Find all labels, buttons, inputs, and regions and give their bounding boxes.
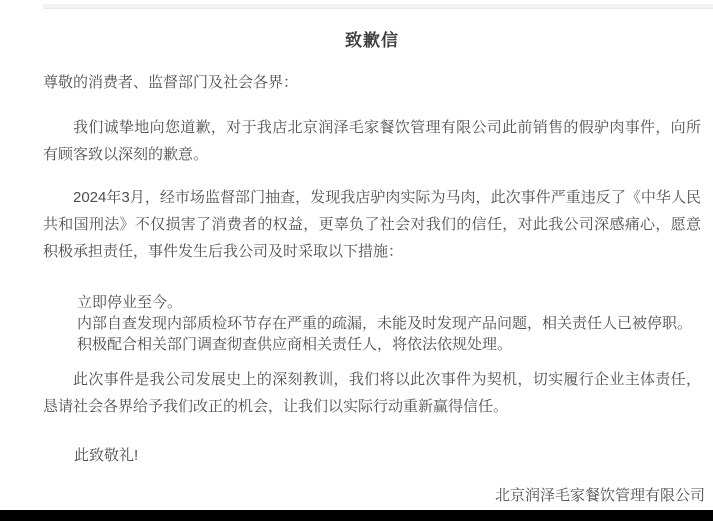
measure-item-self-inspection: 内部自查发现内部质检环节存在严重的疏漏，未能及时发现产品问题，相关责任人已被停职… <box>43 313 701 334</box>
bottom-black-bar <box>0 510 713 521</box>
letter-title: 致歉信 <box>43 26 701 51</box>
company-signature: 北京润泽毛家餐饮管理有限公司 <box>43 482 705 509</box>
paragraph-lesson: 此次事件是我公司发展史上的深刻教训，我们将以此次事件为契机，切实履行企业主体责任… <box>43 366 701 420</box>
letter-closing: 此致敬礼! <box>43 442 713 469</box>
measures-list: 立即停业至今。 内部自查发现内部质检环节存在严重的疏漏，未能及时发现产品问题，相… <box>43 292 701 355</box>
measure-item-cooperation: 积极配合相关部门调查彻查供应商相关责任人，将依法依规处理。 <box>43 334 701 355</box>
paragraph-apology: 我们诚挚地向您道歉，对于我店北京润泽毛家餐饮管理有限公司此前销售的假驴肉事件，向… <box>43 114 701 168</box>
apology-letter-page: 致歉信 尊敬的消费者、监督部门及社会各界： 我们诚挚地向您道歉，对于我店北京润泽… <box>0 0 713 521</box>
paragraph-incident: 2024年3月，经市场监督部门抽查，发现我店驴肉实际为马肉，此次事件严重违反了《… <box>43 184 701 265</box>
measure-item-closure: 立即停业至今。 <box>43 292 701 313</box>
letter-salutation: 尊敬的消费者、监督部门及社会各界： <box>43 69 701 96</box>
letter-body: 致歉信 尊敬的消费者、监督部门及社会各界： 我们诚挚地向您道歉，对于我店北京润泽… <box>0 0 713 521</box>
